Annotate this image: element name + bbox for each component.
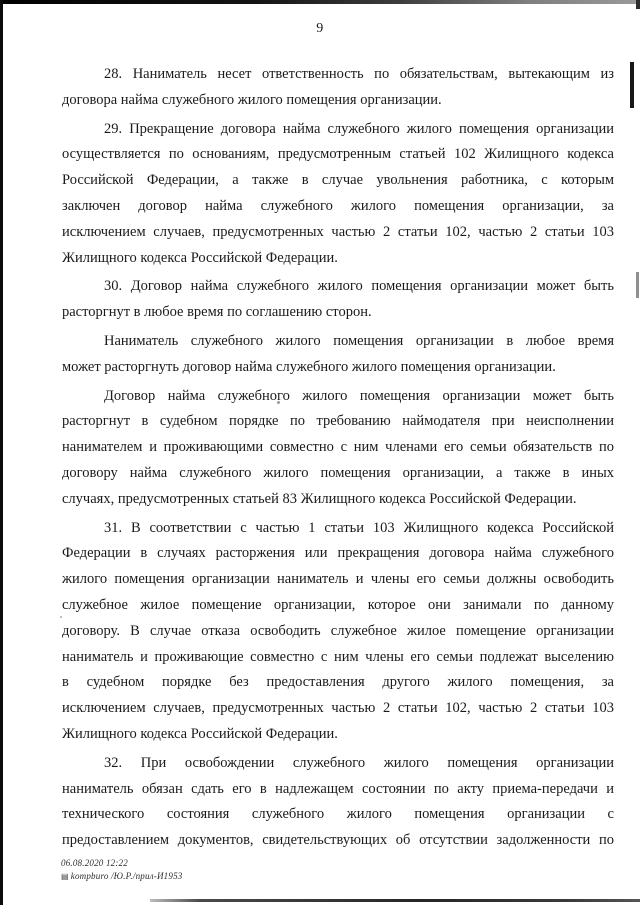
scanned-document-page: 9 28. Наниматель несет ответственность п… [0, 0, 640, 905]
paragraph: Договор найма служебного жилого помещени… [62, 384, 614, 513]
text-line: 32. При освобождении служебного жилого п… [62, 751, 614, 777]
text-line: технического состояния служебного жилого… [62, 802, 614, 828]
stamp-id-line: ▤kompburo /Ю.Р./прил-И1953 [61, 870, 183, 884]
text-line: наниматель и проживающие совместно с ним… [62, 645, 614, 671]
scan-artifact-right-tick [630, 62, 634, 108]
text-line: Договор найма служебного жилого помещени… [62, 384, 614, 410]
scan-artifact-right-tick-faint [636, 272, 639, 298]
stamp-timestamp: 06.08.2020 12:22 [61, 857, 183, 870]
paragraph: 32. При освобождении служебного жилого п… [62, 751, 614, 854]
text-line: служебное жилое помещение организации, к… [62, 593, 614, 619]
text-line: жилого помещения организации наниматель … [62, 567, 614, 593]
text-line: может расторгнуть договор найма служебно… [62, 355, 614, 381]
paragraph: 28. Наниматель несет ответственность по … [62, 62, 614, 114]
document-body: 28. Наниматель несет ответственность по … [62, 62, 614, 857]
text-line: договору найма служебного жилого помещен… [62, 461, 614, 487]
text-line: заключен договор найма служебного жилого… [62, 194, 614, 220]
text-line: случаях, предусмотренных статьей 83 Жили… [62, 487, 614, 513]
text-line: нанимателем и проживающими совместно с н… [62, 435, 614, 461]
text-line: 29. Прекращение договора найма служебног… [62, 117, 614, 143]
text-line: Жилищного кодекса Российской Федерации. [62, 722, 614, 748]
paragraph: 30. Договор найма служебного жилого поме… [62, 274, 614, 326]
text-line: в судебном порядке без предоставления др… [62, 670, 614, 696]
text-line: исключением случаев, предусмотренных час… [62, 220, 614, 246]
text-line: наниматель обязан сдать его в надлежащем… [62, 777, 614, 803]
text-line: осуществляется по основаниям, предусмотр… [62, 142, 614, 168]
text-line: 31. В соответствии с частью 1 статьи 103… [62, 516, 614, 542]
scan-artifact-right-top-tick [636, 0, 640, 9]
scan-artifact-bottom-edge [150, 899, 640, 902]
text-line: договора найма служебного жилого помещен… [62, 88, 614, 114]
text-line: Жилищного кодекса Российской Федерации. [62, 246, 614, 272]
text-line: исключением случаев, предусмотренных час… [62, 696, 614, 722]
text-line: договору. В случае отказа освободить слу… [62, 619, 614, 645]
text-line: 30. Договор найма служебного жилого поме… [62, 274, 614, 300]
stamp-id: kompburo /Ю.Р./прил-И1953 [71, 871, 183, 881]
paragraph: 31. В соответствии с частью 1 статьи 103… [62, 516, 614, 748]
scan-artifact-left-edge [0, 0, 3, 905]
text-line: 28. Наниматель несет ответственность по … [62, 62, 614, 88]
document-stamp-icon: ▤ [61, 872, 69, 881]
paragraph: Наниматель служебного жилого помещения о… [62, 329, 614, 381]
text-line: расторгнут в любое время по соглашению с… [62, 300, 614, 326]
scan-stamp-footer: 06.08.2020 12:22 ▤kompburo /Ю.Р./прил-И1… [61, 857, 183, 883]
text-line: предоставлением документов, свидетельств… [62, 828, 614, 854]
text-line: Наниматель служебного жилого помещения о… [62, 329, 614, 355]
paragraph: 29. Прекращение договора найма служебног… [62, 117, 614, 272]
text-line: расторгнут в судебном порядке по требова… [62, 409, 614, 435]
text-line: Федерации в случаях расторжения или прек… [62, 541, 614, 567]
text-line: Российской Федерации, а также в случае у… [62, 168, 614, 194]
scan-artifact-top-edge [0, 0, 640, 4]
page-number: 9 [0, 21, 640, 37]
